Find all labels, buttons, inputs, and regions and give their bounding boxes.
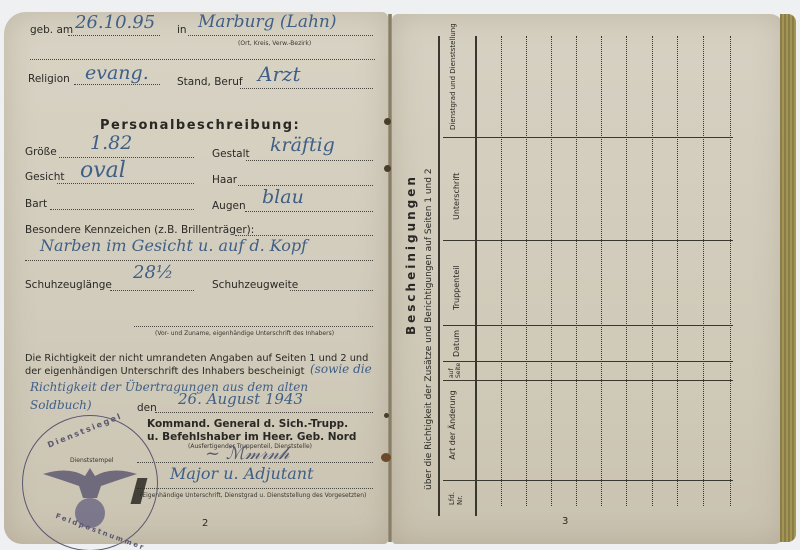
date-value: 26. August 1943 bbox=[178, 390, 303, 408]
marks-label: Besondere Kennzeichen (z.B. Brillenträge… bbox=[25, 224, 254, 236]
booklet-gutter bbox=[388, 14, 392, 542]
table-header-divider bbox=[475, 36, 477, 516]
born-on-line bbox=[68, 35, 160, 36]
certification-handwritten-3: Soldbuch) bbox=[30, 398, 92, 412]
date-line bbox=[155, 412, 373, 413]
born-in-line bbox=[188, 35, 373, 36]
religion-line bbox=[74, 84, 160, 85]
eyes-line bbox=[245, 211, 373, 212]
beard-label: Bart bbox=[25, 198, 47, 210]
page-number-left: 2 bbox=[202, 518, 208, 529]
eyes-value: blau bbox=[262, 186, 304, 208]
height-label: Größe bbox=[25, 146, 57, 158]
hair-label: Haar bbox=[212, 174, 237, 186]
column-header-change-type: Art der Änderung bbox=[448, 390, 457, 460]
date-label: den bbox=[137, 402, 157, 414]
certifications-subtitle: über die Richtigkeit der Zusätze und Ber… bbox=[424, 168, 434, 490]
religion-value: evang. bbox=[85, 62, 149, 84]
entry-row-1[interactable] bbox=[501, 36, 502, 506]
shoe-length-value: 28½ bbox=[133, 262, 173, 283]
page-number-right: 3 bbox=[562, 516, 568, 527]
height-value: 1.82 bbox=[90, 132, 132, 154]
occupation-line bbox=[240, 88, 373, 89]
page-edges bbox=[780, 14, 796, 542]
born-on-value: 26.10.95 bbox=[75, 12, 155, 33]
staple-hole bbox=[384, 413, 389, 418]
occupation-value: Arzt bbox=[258, 62, 301, 86]
staple-hole bbox=[384, 165, 391, 172]
holder-signature-hint: (Vor- und Zuname, eigenhändige Unterschr… bbox=[155, 330, 334, 337]
place-hint: (Ort, Kreis, Verw.-Bezirk) bbox=[238, 40, 311, 47]
staple-hole bbox=[381, 453, 391, 462]
entry-row-3[interactable] bbox=[551, 36, 552, 506]
born-in-label: in bbox=[177, 24, 187, 36]
shoe-length-line bbox=[110, 290, 194, 291]
entry-row-9[interactable] bbox=[703, 36, 704, 506]
column-header-rank: Dienstgrad und Dienststellung bbox=[449, 23, 458, 130]
column-divider bbox=[443, 361, 733, 362]
column-header-number: Lfd. Nr. bbox=[448, 485, 464, 505]
entry-row-5[interactable] bbox=[601, 36, 602, 506]
build-label: Gestalt bbox=[212, 148, 250, 160]
signatory-hint: (Eigenhändige Unterschrift, Dienstgrad u… bbox=[140, 492, 366, 499]
signature-value: ~ ℳ𝓂𝓇𝓃𝒽 bbox=[205, 443, 289, 464]
religion-label: Religion bbox=[28, 73, 70, 85]
staple-hole bbox=[384, 118, 391, 125]
table-border-left bbox=[438, 36, 440, 516]
certification-handwritten-1: (sowie die bbox=[310, 362, 372, 376]
certifications-title: Bescheinigungen bbox=[404, 174, 418, 335]
face-label: Gesicht bbox=[25, 171, 65, 183]
shoe-length-label: Schuhzeuglänge bbox=[25, 279, 112, 291]
column-divider bbox=[443, 137, 733, 138]
rank-value: Major u. Adjutant bbox=[170, 464, 314, 483]
holder-signature-line bbox=[134, 326, 373, 327]
shoe-width-line bbox=[290, 290, 373, 291]
column-header-page: auf Seite bbox=[448, 358, 462, 378]
entry-row-10[interactable] bbox=[730, 36, 731, 506]
issuing-unit-line-1: Kommand. General d. Sich.-Trupp. bbox=[147, 418, 348, 430]
build-value: kräftig bbox=[270, 134, 335, 156]
build-line bbox=[246, 160, 373, 161]
born-on-label: geb. am bbox=[30, 24, 73, 36]
column-divider bbox=[443, 240, 733, 241]
entry-row-7[interactable] bbox=[652, 36, 653, 506]
occupation-label: Stand, Beruf bbox=[177, 76, 243, 88]
entry-row-8[interactable] bbox=[677, 36, 678, 506]
beard-line bbox=[50, 209, 194, 210]
marks-line-2 bbox=[25, 260, 373, 261]
entry-row-6[interactable] bbox=[626, 36, 627, 506]
marks-value: Narben im Gesicht u. auf d. Kopf bbox=[40, 236, 307, 255]
column-header-date: Datum bbox=[452, 330, 461, 357]
face-value: oval bbox=[80, 158, 126, 183]
column-divider bbox=[443, 325, 733, 326]
issuing-unit-line-2: u. Befehlshaber im Heer. Geb. Nord bbox=[147, 431, 356, 443]
blank-line bbox=[30, 59, 375, 60]
rank-line bbox=[137, 488, 373, 489]
entry-row-4[interactable] bbox=[576, 36, 577, 506]
face-line bbox=[57, 183, 194, 184]
hair-line bbox=[238, 185, 373, 186]
born-in-value: Marburg (Lahn) bbox=[198, 12, 337, 32]
column-divider bbox=[443, 480, 733, 481]
stamp-center-text: Dienststempel bbox=[70, 457, 113, 464]
shoe-width-label: Schuhzeugweite bbox=[212, 279, 298, 291]
column-divider bbox=[443, 380, 733, 381]
column-header-signature: Unterschrift bbox=[452, 173, 461, 220]
eyes-label: Augen bbox=[212, 200, 246, 212]
column-header-unit: Truppenteil bbox=[452, 265, 461, 310]
entry-row-2[interactable] bbox=[526, 36, 527, 506]
section-title: Personalbeschreibung: bbox=[100, 118, 300, 133]
certification-line-2: der eigenhändigen Unterschrift des Inhab… bbox=[25, 366, 304, 377]
